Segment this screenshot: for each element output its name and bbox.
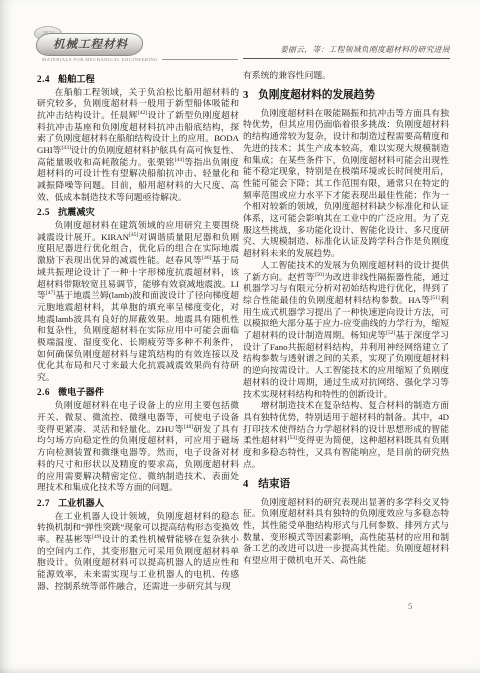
journal-subtitle: MATERIALS FOR MECHANICAL ENGINEERING — [42, 57, 158, 62]
section-heading-4: 4结束语 — [243, 478, 449, 491]
paragraph: 人工智能技术的发展为负刚度超材料的设计提供了新方向。赵哲等[50]为改进非线性隔… — [243, 260, 449, 400]
section-heading-2-4: 2.4船舶工程 — [37, 73, 239, 85]
running-head: 姜丽云，等：工程领域负刚度超材料的研究进展 — [243, 44, 450, 59]
paragraph: 在工业机器人设计领域，负刚度超材料的稳态转换机制和“弹性突跳”现象可以提高结构形… — [37, 511, 239, 593]
section-heading-2-7: 2.7工业机器人 — [37, 497, 239, 509]
paragraph: 增材制造技术在复杂结构、复合材料的制造方面具有独特优势，特别适用于超材料的制备。… — [243, 400, 449, 470]
paragraph: 负刚度超材料在吸能隔振和抗冲击等方面具有独特优势，但其应用仍面临着很多挑战：负刚… — [243, 108, 449, 260]
section-heading-3: 3负刚度超材料的发展趋势 — [243, 89, 449, 102]
section-heading-2-5: 2.5抗震减灾 — [37, 206, 239, 218]
paragraph: 负刚度超材料的研究表现出显著的多学科交叉特征。负刚度超材料具有独特的负刚度效应与… — [243, 497, 449, 567]
paragraph: 负刚度超材料在电子设备上的应用主要包括微开关、微泵、微流控、微继电器等，可使电子… — [37, 400, 239, 494]
column-right: 有系统的兼容性问题。 3负刚度超材料的发展趋势 负刚度超材料在吸能隔振和抗冲击等… — [243, 70, 449, 567]
paper-page: 2024 机械工程材料 MATERIALS FOR MECHANICAL ENG… — [0, 0, 480, 673]
header-rule — [162, 59, 238, 60]
journal-subtitle-row: MATERIALS FOR MECHANICAL ENGINEERING — [42, 57, 238, 62]
journal-title: 机械工程材料 — [53, 36, 128, 52]
paragraph: 负刚度超材料在建筑领域的应用研究主要围绕减震设计展开。KIRAN[45]对调谐质… — [37, 220, 239, 384]
journal-logo: 2024 机械工程材料 MATERIALS FOR MECHANICAL ENG… — [36, 33, 238, 62]
page-number: 5 — [408, 601, 412, 611]
column-left: 2.4船舶工程 在船舶工程领域，关于负泊松比船用超材料的研究较多，负刚度超材料一… — [37, 70, 239, 592]
journal-title-banner: 机械工程材料 — [35, 33, 144, 56]
paragraph: 在船舶工程领域，关于负泊松比船用超材料的研究较多，负刚度超材料一般用于新型船体吸… — [37, 87, 239, 204]
paragraph-continuation: 有系统的兼容性问题。 — [243, 70, 449, 82]
section-heading-2-6: 2.6微电子器件 — [37, 386, 239, 398]
